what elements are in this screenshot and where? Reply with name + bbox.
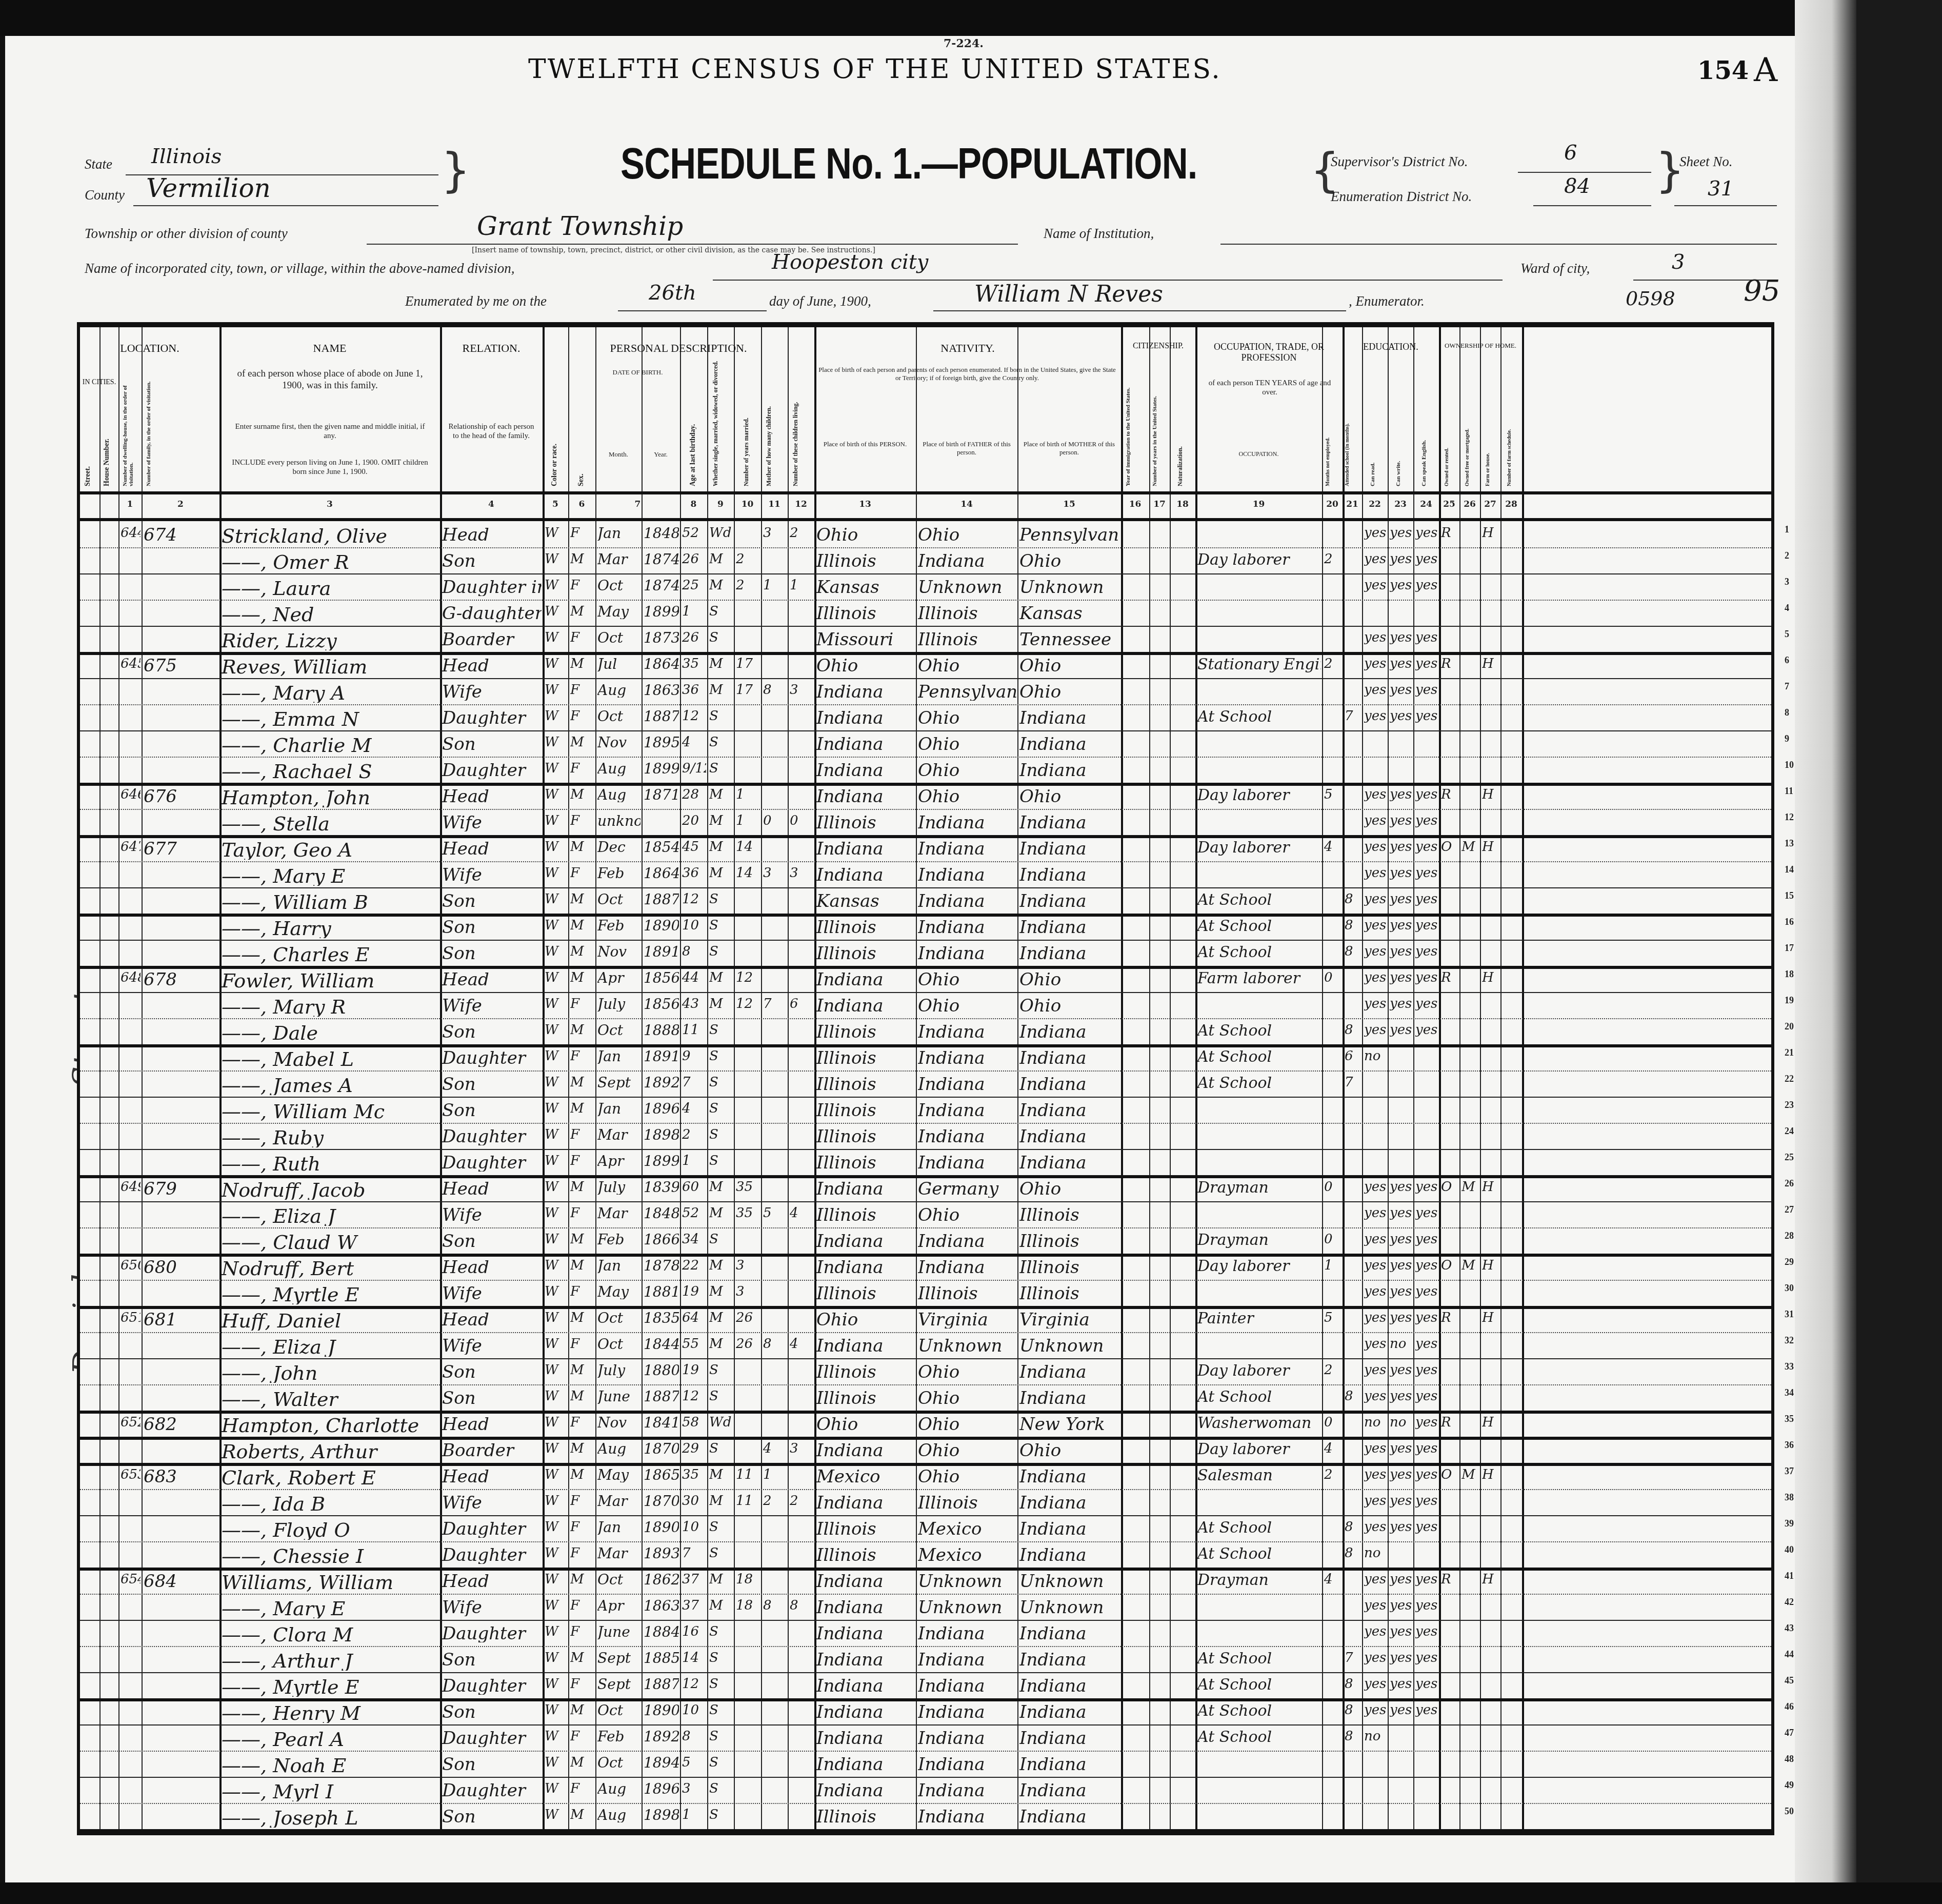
header-occupation-col: OCCUPATION. — [1195, 450, 1322, 458]
table-row[interactable]: ——, Mabel LDaughterWFJan18919SIllinoisIn… — [80, 1044, 1522, 1070]
cell-age: 10 — [682, 919, 706, 932]
cell-bm: Pennsylvania — [1019, 526, 1120, 544]
cell-sex: M — [570, 1023, 594, 1037]
cell-month: Oct — [597, 579, 640, 593]
cell-bm: Indiana — [1019, 1154, 1120, 1172]
cell-year: 1898 — [644, 1128, 679, 1142]
cell-rel: Daughter — [442, 1625, 542, 1642]
cell-fam: 675 — [144, 657, 218, 675]
cell-bm: Indiana — [1019, 1468, 1120, 1485]
cell-bm: Ohio — [1019, 657, 1120, 675]
cell-color: W — [545, 919, 567, 932]
cell-year: 1892 — [644, 1730, 679, 1744]
cell-bm: Virginia — [1019, 1311, 1120, 1328]
cell-fh: H — [1482, 526, 1499, 540]
cell-bp: Indiana — [816, 997, 915, 1015]
table-row[interactable]: ——, Rachael SDaughterWFAug18999/12SIndia… — [80, 757, 1522, 783]
table-row[interactable]: ——, Emma NDaughterWFOct188712SIndianaOhi… — [80, 704, 1522, 730]
cell-color: W — [545, 1285, 567, 1298]
header-relation: RELATION. — [440, 342, 543, 355]
cell-bm: Illinois — [1019, 1259, 1120, 1276]
cell-read: yes — [1364, 1520, 1387, 1534]
cell-year: 1862 — [644, 1573, 679, 1587]
cell-color: W — [545, 631, 567, 644]
table-row[interactable]: Roberts, ArthurBoarderWMAug187029S43Indi… — [80, 1437, 1522, 1463]
cell-fh: H — [1482, 840, 1499, 854]
cell-month: Feb — [597, 1730, 640, 1744]
enumerated-day: 26th — [649, 281, 696, 305]
cell-year: 1892 — [644, 1076, 679, 1090]
cell-bf: Indiana — [918, 866, 1016, 884]
table-row[interactable]: ——, HarrySonWMFeb189010SIllinoisIndianaI… — [80, 914, 1522, 940]
cell-name: ——, Omer R — [222, 552, 439, 572]
cell-rel: Daughter — [442, 1677, 542, 1695]
table-row[interactable]: ——, Myrtle EDaughterWFSept188712SIndiana… — [80, 1672, 1522, 1698]
cell-color: W — [545, 1808, 567, 1821]
cell-sch: 8 — [1345, 945, 1361, 958]
cell-month: May — [597, 1285, 640, 1299]
column-number: 19 — [1195, 499, 1322, 509]
table-row[interactable]: 645675Reves, WilliamHeadWMJul186435M17Oh… — [80, 652, 1522, 678]
table-row[interactable]: ——, Charles ESonWMNov18918SIllinoisIndia… — [80, 940, 1522, 966]
column-number: 7 — [595, 499, 680, 509]
table-row[interactable]: 651681Huff, DanielHeadWMOct183564M26Ohio… — [80, 1306, 1522, 1332]
cell-bm: Unknown — [1019, 579, 1120, 596]
cell-year: 1871 — [644, 788, 679, 802]
cell-name: ——, Arthur J — [222, 1651, 439, 1671]
row-number: 29 — [1785, 1257, 1794, 1267]
table-row[interactable]: 652682Hampton, CharlotteHeadWFNov184158W… — [80, 1411, 1522, 1437]
cell-bf: Mexico — [918, 1520, 1016, 1538]
cell-age: 8 — [682, 1730, 706, 1743]
row-number: 23 — [1785, 1100, 1794, 1110]
cell-year: 1891 — [644, 1049, 679, 1064]
cell-bm: Indiana — [1019, 736, 1120, 753]
cell-sex: F — [570, 1285, 594, 1298]
cell-color: W — [545, 1023, 567, 1037]
column-number: 4 — [440, 499, 543, 509]
header-attended-school: Attended school (in months). — [1345, 373, 1361, 486]
cell-name: ——, Laura — [222, 579, 439, 598]
cell-own: O — [1441, 840, 1458, 854]
table-row[interactable]: ——, Claud WSonWMFeb186634SIndianaIndiana… — [80, 1227, 1522, 1254]
city-label: Name of incorporated city, town, or vill… — [85, 261, 514, 276]
table-row[interactable]: ——, Mary RWifeWFJuly185643M1276IndianaOh… — [80, 992, 1522, 1018]
cell-sex: M — [570, 1076, 594, 1089]
table-row[interactable]: ——, NedG-daughterWMMay18991SIllinoisIlli… — [80, 600, 1522, 626]
cell-rel: Son — [442, 1233, 542, 1250]
cell-bp: Illinois — [816, 1363, 915, 1381]
cell-eng: yes — [1415, 1233, 1438, 1246]
row-number: 27 — [1785, 1204, 1794, 1215]
column-number: 12 — [788, 499, 814, 509]
cell-year: 1887 — [644, 1677, 679, 1692]
cell-sex: F — [570, 1520, 594, 1534]
table-row[interactable]: ——, Henry MSonWMOct189010SIndianaIndiana… — [80, 1698, 1522, 1724]
row-number: 49 — [1785, 1780, 1794, 1791]
header-farm-schedule: Number of farm schedule. — [1507, 368, 1512, 486]
row-number: 33 — [1785, 1361, 1794, 1372]
cell-bp: Illinois — [816, 814, 915, 831]
cell-read: yes — [1364, 1651, 1387, 1664]
cell-name: ——, Rachael S — [222, 762, 439, 781]
cell-ym: 3 — [736, 1259, 760, 1272]
table-row[interactable]: ——, Myrtle EWifeWFMay188119M3IllinoisIll… — [80, 1280, 1522, 1306]
cell-name: Williams, William — [222, 1573, 439, 1592]
cell-bf: Indiana — [918, 919, 1016, 936]
cell-dw: 654 — [121, 1573, 141, 1586]
cell-eng: yes — [1415, 552, 1438, 566]
cell-eng: yes — [1415, 1494, 1438, 1508]
cell-bp: Illinois — [816, 1546, 915, 1564]
header-immigration-year: Year of immigration to the United States… — [1125, 379, 1146, 486]
cell-year: 1848 — [644, 1206, 679, 1221]
cell-rel: Daughter — [442, 1154, 542, 1172]
cell-read: yes — [1364, 1285, 1387, 1298]
cell-month: Mar — [597, 552, 640, 567]
table-row[interactable]: ——, LauraDaughter in lawWFOct187425M211K… — [80, 573, 1522, 600]
city-value: Hoopeston city — [772, 250, 928, 274]
cell-age: 37 — [682, 1573, 706, 1586]
cell-read: yes — [1364, 1599, 1387, 1612]
cell-name: ——, Walter — [222, 1390, 439, 1409]
header-location: LOCATION. — [80, 342, 219, 355]
cell-sex: M — [570, 1363, 594, 1377]
cell-year: 1899 — [644, 605, 679, 619]
row-number: 31 — [1785, 1309, 1794, 1320]
cell-read: yes — [1364, 1677, 1387, 1691]
cell-bm: Illinois — [1019, 1206, 1120, 1224]
table-row[interactable]: 648678Fowler, WilliamHeadWMApr185644M12I… — [80, 966, 1522, 992]
cell-name: ——, Charlie M — [222, 736, 439, 755]
cell-name: ——, Claud W — [222, 1233, 439, 1252]
table-row[interactable]: ——, James ASonWMSept18927SIllinoisIndian… — [80, 1070, 1522, 1097]
cell-write: yes — [1390, 840, 1412, 854]
table-row[interactable]: 650680Nodruff, BertHeadWMJan187822M3Indi… — [80, 1254, 1522, 1280]
row-number: 11 — [1785, 786, 1793, 797]
table-row[interactable]: 644674Strickland, OliveHeadWFJan184852Wd… — [80, 521, 1522, 547]
table-row[interactable]: Rider, LizzyBoarderWFOct187326SMissouriI… — [80, 626, 1522, 652]
cell-eng: yes — [1415, 971, 1438, 984]
cell-name: Reves, William — [222, 657, 439, 677]
table-row[interactable]: ——, StellaWifeWFunknown20M100IllinoisInd… — [80, 809, 1522, 835]
cell-month: Oct — [597, 1311, 640, 1325]
scan-right-border — [1856, 0, 1942, 1904]
cell-rel: Head — [442, 1416, 542, 1433]
cell-bm: Indiana — [1019, 1390, 1120, 1407]
cell-bf: Indiana — [918, 1102, 1016, 1119]
cell-bf: Ohio — [918, 997, 1016, 1015]
table-row[interactable]: ——, Charlie MSonWMNov18954SIndianaOhioIn… — [80, 730, 1522, 757]
cell-bp: Indiana — [816, 762, 915, 779]
table-row[interactable]: 649679Nodruff, JacobHeadWMJuly183960M35I… — [80, 1175, 1522, 1201]
cell-own: O — [1441, 1180, 1458, 1194]
cell-mo: 1 — [763, 579, 787, 592]
relation-description: Relationship of each person to the head … — [445, 422, 537, 441]
cell-occ: Day laborer — [1197, 1363, 1321, 1379]
cell-age: 10 — [682, 1520, 706, 1534]
cell-color: W — [545, 1494, 567, 1508]
row-number: 20 — [1785, 1021, 1794, 1032]
cell-age: 36 — [682, 866, 706, 880]
cell-ym: 17 — [736, 683, 760, 697]
cell-read: yes — [1364, 814, 1387, 827]
cell-rel: Daughter — [442, 709, 542, 727]
cell-fh: H — [1482, 1468, 1499, 1481]
cell-occ: At School — [1197, 1049, 1321, 1065]
cell-mar: M — [709, 683, 733, 697]
cell-year: 1881 — [644, 1285, 679, 1299]
table-row[interactable]: ——, Noah ESonWMOct18945SIndianaIndianaIn… — [80, 1751, 1522, 1777]
cell-color: W — [545, 1677, 567, 1691]
cell-fh: H — [1482, 1416, 1499, 1429]
cell-ch: 6 — [790, 997, 813, 1010]
cell-fam: 683 — [144, 1468, 218, 1485]
cell-color: W — [545, 1625, 567, 1638]
cell-age: 11 — [682, 1023, 706, 1037]
cell-name: Nodruff, Jacob — [222, 1180, 439, 1200]
cell-write: yes — [1390, 683, 1412, 697]
row-number: 42 — [1785, 1597, 1794, 1608]
cell-bm: Indiana — [1019, 1494, 1120, 1512]
cell-ch: 4 — [790, 1337, 813, 1351]
table-row[interactable]: ——, William McSonWMJan18964SIllinoisIndi… — [80, 1097, 1522, 1123]
cell-sex: F — [570, 683, 594, 697]
cell-unemp: 2 — [1324, 1363, 1342, 1377]
header-sex: Sex. — [577, 455, 586, 486]
table-row[interactable]: ——, RubyDaughterWFMar18982SIllinoisIndia… — [80, 1123, 1522, 1149]
cell-read: yes — [1364, 893, 1387, 906]
cell-mar: M — [709, 1285, 733, 1298]
cell-write: yes — [1390, 788, 1412, 801]
occupation-description: of each person TEN YEARS of age and over… — [1200, 379, 1339, 397]
table-row[interactable]: ——, Ida BWifeWFMar187030M1122IndianaIlli… — [80, 1489, 1522, 1515]
table-row[interactable]: ——, Arthur JSonWMSept188514SIndianaIndia… — [80, 1646, 1522, 1672]
cell-rel: Boarder — [442, 631, 542, 648]
cell-name: ——, Eliza J — [222, 1337, 439, 1357]
cell-year: 1895 — [644, 736, 679, 750]
cell-name: Hampton, John — [222, 788, 439, 807]
cell-own: R — [1441, 1311, 1458, 1324]
cell-write: yes — [1390, 1363, 1412, 1377]
table-row[interactable]: ——, Chessie IDaughterWFMar18937SIllinois… — [80, 1541, 1522, 1568]
table-row[interactable]: 653683Clark, Robert EHeadWMMay186535M111… — [80, 1463, 1522, 1489]
cell-mo: 8 — [763, 683, 787, 697]
cell-bf: Indiana — [918, 1049, 1016, 1067]
cell-mar: S — [709, 1049, 733, 1063]
cell-read: yes — [1364, 1259, 1387, 1272]
page-letter: A — [1754, 51, 1777, 89]
table-row[interactable]: ——, Floyd ODaughterWFJan189010SIllinoisM… — [80, 1515, 1522, 1541]
cell-ym: 12 — [736, 971, 760, 984]
cell-age: 26 — [682, 552, 706, 566]
cell-occ: At School — [1197, 1390, 1321, 1405]
table-row[interactable]: ——, Mary EWifeWFApr186337M1888IndianaUnk… — [80, 1594, 1522, 1620]
table-row[interactable]: ——, DaleSonWMOct188811SIllinoisIndianaIn… — [80, 1018, 1522, 1044]
cell-read: yes — [1364, 526, 1387, 540]
cell-read: yes — [1364, 1494, 1387, 1508]
cell-bp: Indiana — [816, 1442, 915, 1459]
table-row[interactable]: ——, WalterSonWMJune188712SIllinoisOhioIn… — [80, 1384, 1522, 1411]
cell-fh: H — [1482, 1259, 1499, 1272]
cell-color: W — [545, 1416, 567, 1429]
table-row[interactable]: ——, Clora MDaughterWFJune188416SIndianaI… — [80, 1620, 1522, 1646]
cell-name: ——, Henry M — [222, 1703, 439, 1723]
cell-month: Mar — [597, 1206, 640, 1221]
cell-mar: S — [709, 1233, 733, 1246]
day-underline — [618, 310, 767, 311]
cell-ym: 11 — [736, 1494, 760, 1508]
cell-rel: Son — [442, 1102, 542, 1119]
cell-eng: yes — [1415, 1363, 1438, 1377]
cell-write: yes — [1390, 1677, 1412, 1691]
row-number: 7 — [1785, 681, 1789, 692]
cell-bf: Indiana — [918, 1076, 1016, 1093]
cell-occ: Day laborer — [1197, 1442, 1321, 1457]
cell-month: Jan — [597, 1520, 640, 1535]
cell-mar: S — [709, 1128, 733, 1141]
cell-write: yes — [1390, 1259, 1412, 1272]
cell-rel: Daughter — [442, 1128, 542, 1145]
cell-sex: F — [570, 1546, 594, 1560]
cell-sex: M — [570, 840, 594, 854]
cell-write: yes — [1390, 1285, 1412, 1298]
table-row[interactable]: 654684Williams, WilliamHeadWMOct186237M1… — [80, 1568, 1522, 1594]
table-row[interactable]: ——, Eliza JWifeWFMar184852M3554IllinoisO… — [80, 1201, 1522, 1227]
row-divider — [80, 1829, 1771, 1832]
cell-age: 4 — [682, 1102, 706, 1115]
cell-unemp: 4 — [1324, 1573, 1342, 1586]
column-number: 24 — [1413, 499, 1439, 509]
cell-sch: 7 — [1345, 1651, 1361, 1664]
cell-eng: yes — [1415, 709, 1438, 723]
cell-mar: S — [709, 1625, 733, 1638]
cell-sex: M — [570, 1311, 594, 1324]
sheet-label: Sheet No. — [1679, 154, 1732, 170]
table-row[interactable]: ——, Pearl ADaughterWFFeb18928SIndianaInd… — [80, 1724, 1522, 1751]
cell-bf: Ohio — [918, 1416, 1016, 1433]
cell-rel: Son — [442, 736, 542, 753]
page-right-edge — [1795, 0, 1856, 1904]
cell-read: yes — [1364, 945, 1387, 958]
scan-top-border — [0, 0, 1942, 36]
cell-sex: M — [570, 1468, 594, 1481]
cell-eng: yes — [1415, 1520, 1438, 1534]
table-row[interactable]: ——, JohnSonWMJuly188019SIllinoisOhioIndi… — [80, 1358, 1522, 1384]
column-number: 14 — [916, 499, 1017, 509]
header-date-of-birth: DATE OF BIRTH. — [595, 368, 680, 376]
table-row[interactable]: ——, Omer RSonWMMar187426M2IllinoisIndian… — [80, 547, 1522, 573]
table-row[interactable]: ——, Mary AWifeWFAug186336M1783IndianaPen… — [80, 678, 1522, 704]
table-row[interactable]: ——, Joseph LSonWMAug18981SIllinoisIndian… — [80, 1803, 1522, 1829]
row-number: 46 — [1785, 1701, 1794, 1712]
cell-read: yes — [1364, 1311, 1387, 1324]
cell-mar: S — [709, 945, 733, 958]
header-age: Age at last birthday. — [689, 373, 697, 486]
sheet-underline — [1674, 205, 1777, 206]
cell-color: W — [545, 1337, 567, 1351]
cell-fh: H — [1482, 971, 1499, 984]
cell-sch: 8 — [1345, 919, 1361, 932]
cell-age: 4 — [682, 736, 706, 749]
cell-fm: M — [1461, 1180, 1479, 1194]
cell-dw: 651 — [121, 1311, 141, 1324]
cell-age: 1 — [682, 1154, 706, 1167]
table-row[interactable]: 647677Taylor, Geo AHeadWMDec185445M14Ind… — [80, 835, 1522, 861]
cell-month: Oct — [597, 1703, 640, 1718]
cell-name: ——, Dale — [222, 1023, 439, 1043]
cell-name: ——, Pearl A — [222, 1730, 439, 1749]
cell-sex: F — [570, 1206, 594, 1220]
cell-month: Mar — [597, 1546, 640, 1561]
cell-year: 1874 — [644, 552, 679, 567]
table-row[interactable]: ——, William BSonWMOct188712SKansasIndian… — [80, 887, 1522, 914]
cell-mar: S — [709, 1154, 733, 1167]
cell-occ: Drayman — [1197, 1233, 1321, 1248]
cell-color: W — [545, 579, 567, 592]
cell-name: ——, James A — [222, 1076, 439, 1095]
cell-bp: Indiana — [816, 1625, 915, 1642]
table-row[interactable]: 646676Hampton, JohnHeadWMAug187128M1Indi… — [80, 783, 1522, 809]
cell-name: ——, Mabel L — [222, 1049, 439, 1069]
column-number: 3 — [219, 499, 440, 509]
schedule-title: SCHEDULE No. 1.—POPULATION. — [620, 138, 1197, 189]
cell-sex: M — [570, 1442, 594, 1455]
nativity-description: Place of birth of each person and parent… — [818, 366, 1116, 382]
institution-label: Name of Institution, — [1044, 226, 1154, 242]
cell-bp: Indiana — [816, 683, 915, 701]
table-row[interactable]: ——, Myrl IDaughterWFAug18963SIndianaIndi… — [80, 1777, 1522, 1803]
cell-bp: Indiana — [816, 1782, 915, 1799]
cell-year: 1866 — [644, 1233, 679, 1247]
cell-occ: At School — [1197, 1651, 1321, 1667]
cell-sch: 8 — [1345, 1730, 1361, 1743]
cell-sex: M — [570, 605, 594, 618]
cell-bp: Illinois — [816, 1128, 915, 1145]
row-number: 16 — [1785, 917, 1794, 927]
cell-occ: Drayman — [1197, 1573, 1321, 1588]
cell-bf: Ohio — [918, 526, 1016, 544]
row-number: 18 — [1785, 969, 1794, 980]
row-number: 25 — [1785, 1152, 1794, 1163]
row-number: 36 — [1785, 1440, 1794, 1451]
enumeration-district-label: Enumeration District No. — [1331, 189, 1472, 205]
cell-bp: Indiana — [816, 1599, 915, 1616]
cell-bm: Ohio — [1019, 997, 1120, 1015]
cell-bm: Unknown — [1019, 1337, 1120, 1355]
cell-color: W — [545, 657, 567, 670]
name-instruction: Enter surname first, then the given name… — [229, 422, 431, 441]
cell-bf: Ohio — [918, 1206, 1016, 1224]
header-color: Color or race. — [551, 389, 559, 486]
cell-color: W — [545, 1573, 567, 1586]
cell-mar: S — [709, 605, 733, 618]
cell-bp: Illinois — [816, 1390, 915, 1407]
cell-month: unknown — [597, 814, 640, 828]
table-row[interactable]: ——, RuthDaughterWFApr18991SIllinoisIndia… — [80, 1149, 1522, 1175]
header-owned-free-mortgaged: Owned free or mortgaged. — [1465, 368, 1470, 486]
table-row[interactable]: ——, Eliza JWifeWFOct184455M2684IndianaUn… — [80, 1332, 1522, 1358]
cell-write: yes — [1390, 1468, 1412, 1481]
cell-read: yes — [1364, 1442, 1387, 1455]
row-number: 47 — [1785, 1728, 1794, 1738]
cell-read: yes — [1364, 657, 1387, 670]
cell-eng: yes — [1415, 631, 1438, 644]
header-years-in-us: Number of years in the United States. — [1152, 379, 1168, 486]
table-row[interactable]: ——, Mary EWifeWFFeb186436M1433IndianaInd… — [80, 861, 1522, 887]
row-number: 32 — [1785, 1335, 1794, 1346]
column-number: 5 — [543, 499, 568, 509]
